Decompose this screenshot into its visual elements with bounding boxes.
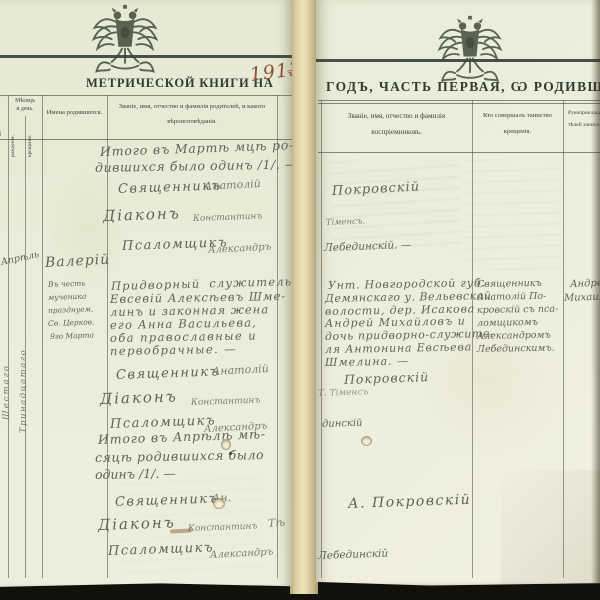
edge-column-fragment: ія. bbox=[0, 100, 3, 136]
deacon-name-signature: Константинъ bbox=[191, 397, 261, 408]
name-note-line2: мученика bbox=[48, 293, 87, 302]
ink-bleed-through bbox=[117, 471, 264, 579]
page-bottom-shadow bbox=[316, 582, 600, 589]
deacon-name-signature: Константинъ bbox=[193, 213, 263, 224]
name-note-line3: празднуем. bbox=[48, 305, 94, 314]
psalmist-surname-end: динскій bbox=[322, 419, 363, 430]
priest-role-signature: Священникъ bbox=[116, 365, 220, 382]
right-page-title: ГОДЪ, ЧАСТЬ ПЕРВАЯ, Ѡ РОДИВШИХСЯ. bbox=[326, 79, 600, 95]
april-psalmist-surname: Лебединскій bbox=[318, 549, 389, 562]
parents-column-header-2: вѣроисповѣданія. bbox=[107, 119, 277, 126]
page-bottom-shadow bbox=[0, 584, 292, 591]
paper-stain bbox=[50, 165, 125, 290]
godparents-line7: Шмелина. — bbox=[325, 356, 409, 368]
page-edge-shadow bbox=[591, 0, 600, 589]
right-page: ГОДЪ, ЧАСТЬ ПЕРВАЯ, Ѡ РОДИВШИХСЯ. Званіе… bbox=[316, 0, 600, 589]
left-page: МЕТРИЧЕСКОЙ КНИГИ НА 1913 = ія. Мѣсяцъ и… bbox=[0, 0, 292, 591]
baptizer-column-header-2: крещенія. bbox=[472, 129, 563, 136]
month-day-header-2: и день. bbox=[8, 106, 42, 112]
corner-shadow bbox=[501, 470, 600, 588]
book-spine bbox=[290, 0, 318, 594]
priest-name-signature: Анатолій bbox=[204, 178, 261, 192]
handwritten-year: 1913 bbox=[249, 60, 292, 85]
ink-speck bbox=[229, 452, 232, 455]
baptizer-line1: Священникъ bbox=[477, 279, 542, 290]
baptism-subcolumn-header: крещенія. bbox=[28, 117, 34, 157]
top-rule bbox=[316, 59, 600, 62]
metrical-book-photo: МЕТРИЧЕСКОЙ КНИГИ НА 1913 = ія. Мѣсяцъ и… bbox=[0, 0, 600, 600]
april-summary-line1: Итого въ Апрѣлѣ мѣ- bbox=[98, 428, 266, 446]
ink-bleed-through bbox=[466, 160, 561, 270]
birth-day-entry: Шестаго bbox=[3, 295, 12, 420]
grid-line bbox=[0, 95, 292, 96]
name-note-line5: 9го Марта bbox=[50, 331, 94, 340]
psalmist-name-signature: Александръ bbox=[208, 243, 272, 256]
march-summary-line1: Итого въ Мартѣ мцѣ ро- bbox=[100, 139, 292, 158]
grid-line bbox=[318, 100, 600, 101]
grid-line bbox=[321, 100, 322, 578]
left-page-title: МЕТРИЧЕСКОЙ КНИГИ НА bbox=[86, 76, 274, 91]
godparents-column-header-1: Званіе, имя, отчество и фамилія bbox=[321, 113, 472, 121]
deacon-role-signature: Діаконъ bbox=[100, 389, 178, 407]
grid-line bbox=[318, 152, 600, 153]
baptizer-column-header-1: Кто совершалъ таинство bbox=[472, 113, 563, 120]
ink-bleed-through bbox=[330, 158, 462, 256]
names-column-header: Имена родившихся. bbox=[42, 110, 107, 117]
paper-stain bbox=[406, 300, 566, 460]
deacon-surname-partial: Т. Тіменсъ bbox=[318, 388, 369, 399]
month-day-header-1: Мѣсяцъ bbox=[8, 98, 42, 104]
name-note-line4: Св. Церков. bbox=[48, 318, 95, 327]
year-flourish: = bbox=[286, 68, 292, 78]
birth-subcolumn-header: рожденія. bbox=[11, 117, 17, 157]
grid-line bbox=[318, 103, 600, 104]
april-summary-line2: сяцѣ родившихся было bbox=[95, 449, 264, 464]
godparents-column-header-2: воспріемниковъ. bbox=[321, 129, 472, 137]
march-summary-line2: дившихся было одинъ /1/. — bbox=[95, 158, 292, 174]
margin-month: Апрѣль bbox=[0, 250, 40, 267]
deacon-surname-start: Тѣ bbox=[268, 517, 286, 529]
parents-line6: первобрачные. — bbox=[110, 344, 237, 358]
priest-name-signature: Анатолій bbox=[212, 363, 269, 377]
paper-hole bbox=[222, 440, 230, 449]
top-rule bbox=[0, 55, 292, 58]
baptism-day-entry: Тринадцатаго bbox=[20, 283, 29, 433]
imperial-eagle-emblem bbox=[90, 3, 160, 79]
paper-hole bbox=[362, 437, 371, 445]
imperial-eagle-emblem bbox=[435, 14, 505, 88]
parents-column-header-1: Званіе, имя, отчество и фамилія родителе… bbox=[107, 104, 277, 111]
april-priest-signature: А. Покровскій bbox=[348, 493, 472, 511]
grid-line bbox=[42, 95, 43, 578]
